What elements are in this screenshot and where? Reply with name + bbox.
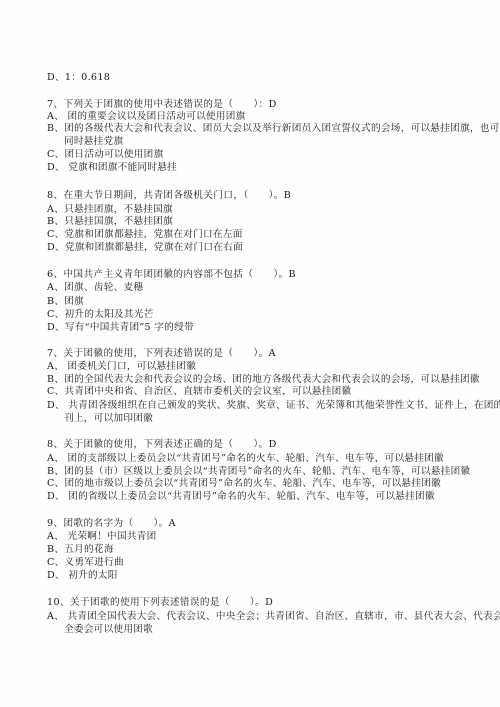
option-c: C、团日活动可以使用团旗 (47, 149, 163, 161)
option-c: C、义勇军进行曲 (47, 557, 124, 569)
previous-option-d: D、1：0.618 (47, 72, 110, 84)
question-8-emblem-stem: 8、关于团徽的使用，下列表述正确的是（ ）。D (47, 439, 277, 451)
question-9-song-stem: 9、团歌的名字为（ ）。A (47, 518, 176, 530)
option-c: C、初升的太阳及其光芒 (47, 309, 154, 321)
option-d: D、党旗和团旗都悬挂，党旗在对门口在右面 (47, 242, 243, 254)
document-page: D、1：0.618 7、下列关于团旗的使用中表述错误的是（ ）：D A、 团的重… (0, 0, 500, 707)
question-7-flag-stem: 7、下列关于团旗的使用中表述错误的是（ ）：D (47, 99, 277, 111)
question-6-emblem-stem: 6、中国共产主义青年团团徽的内容部不包括（ ）。B (47, 269, 296, 281)
option-b-continued: 同时悬挂党旗 (64, 136, 123, 148)
option-a: A、 团委机关门口，可以悬挂团徽 (47, 361, 196, 373)
option-c: C、党旗和团旗都悬挂，党旗在对门口在左面 (47, 229, 243, 241)
option-b: B、团的县（市）区级以上委员会以“共青团号”命名的火车、轮船、汽车、电车等，可以… (47, 466, 470, 478)
option-d: D、 共青团各级组织在自己颁发的奖状、奖旗、奖章、证书、光荣簿和其他荣誉性文书、… (47, 400, 500, 412)
option-b: B、五月的花海 (47, 544, 114, 556)
option-d-continued: 刊上，可以加印团徽 (64, 413, 153, 425)
option-a: A、 光荣啊！中国共青团 (47, 531, 157, 543)
option-c: C、团的地市级以上委员会以“共青团号”命名的火车、轮船、汽车、电车等，可以悬挂团… (47, 478, 441, 490)
question-8-holiday-stem: 8、在重大节日期间，共青团各级机关门口，（ ）。B (47, 190, 291, 202)
option-b: B、团的各级代表大会和代表会议、团员大会以及举行新团员入团宣誓仪式的会场，可以悬… (47, 123, 500, 135)
option-a: A、团旗、齿轮、麦穗 (47, 282, 143, 294)
option-a: A、只悬挂团旗，不悬挂国旗 (47, 204, 173, 216)
option-a-continued: 全委会可以使用团歌 (64, 624, 153, 636)
option-a: A、 团的支部级以上委员会以“共青团号”命名的火车、轮船、汽车、电车等，可以悬挂… (47, 453, 444, 465)
question-7-emblem-stem: 7、关于团徽的使用，下列表述错误的是（ ）。A (47, 348, 276, 360)
question-10-song-stem: 10、关于团歌的使用下列表述错误的是（ ）。D (47, 597, 273, 609)
option-b: B、团旗 (47, 296, 84, 308)
option-a: A、 团的重要会议以及团日活动可以使用团旗 (47, 111, 246, 123)
option-a: A、 共青团全国代表大会、代表会议、中央全会；共青团省、自治区、直辖市，市、县代… (47, 611, 500, 623)
option-b: B、团的全国代表大会和代表会议的会场、团的地方各级代表大会和代表会议的会场，可以… (47, 374, 480, 386)
option-c: C、共青团中央和省、自治区、直辖市委机关的会议室，可以悬挂团徽 (47, 386, 351, 398)
option-d: D、 党旗和团旗不能同时悬挂 (47, 162, 177, 174)
option-d: D、 团的省级以上委员会以“共青团号”命名的火车、轮船、汽车、电车等，可以悬挂团… (47, 491, 435, 503)
option-d: D、 初升的太阳 (47, 570, 118, 582)
option-d: D、写有“中国共青团”5 字的绶带 (47, 322, 194, 334)
option-b: B、只悬挂国旗，不悬挂团旗 (47, 216, 173, 228)
